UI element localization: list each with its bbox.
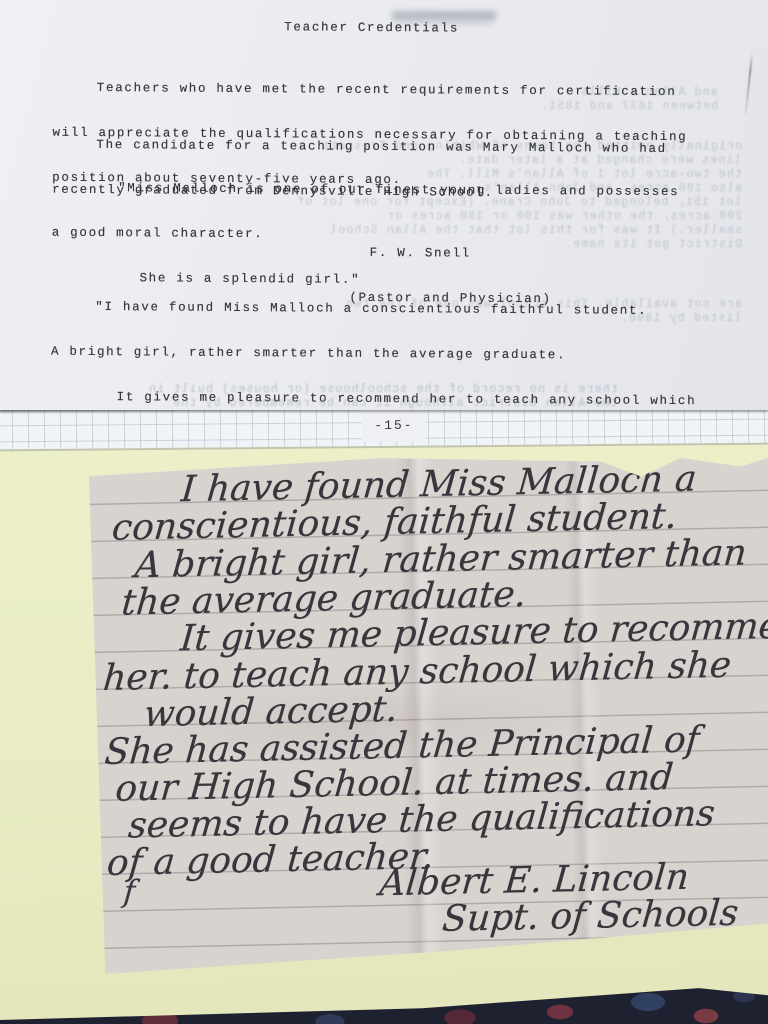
handwritten-flourish: f xyxy=(122,877,136,907)
signature-name: F. W. Snell xyxy=(370,246,553,262)
handwritten-line: her. to teach any school which she xyxy=(102,648,733,697)
typed-text-layer: Teacher Credentials Teachers who have me… xyxy=(0,0,768,410)
typed-line: Teachers who have met the recent require… xyxy=(97,81,688,100)
typed-page: and Allan's Mills between 1837 and 1851.… xyxy=(0,0,768,410)
typed-line: A bright girl, rather smarter than the a… xyxy=(51,345,697,365)
document-photo: I have found Miss Malloch a conscientiou… xyxy=(0,0,768,1024)
page-number: -15- xyxy=(362,408,426,443)
signature-block-lincoln: . Albert E. Lincoln Supt. of Schools xyxy=(350,376,536,410)
document-title: Teacher Credentials xyxy=(284,20,459,36)
typed-line: "I have found Miss Malloch a conscientio… xyxy=(95,300,697,319)
signature-name: . Albert E. Lincoln xyxy=(350,409,535,410)
typed-line: "Miss Malloch is one of our finest young… xyxy=(118,181,679,200)
handwritten-note-sheet: I have found Miss Malloch a conscientiou… xyxy=(81,448,768,978)
